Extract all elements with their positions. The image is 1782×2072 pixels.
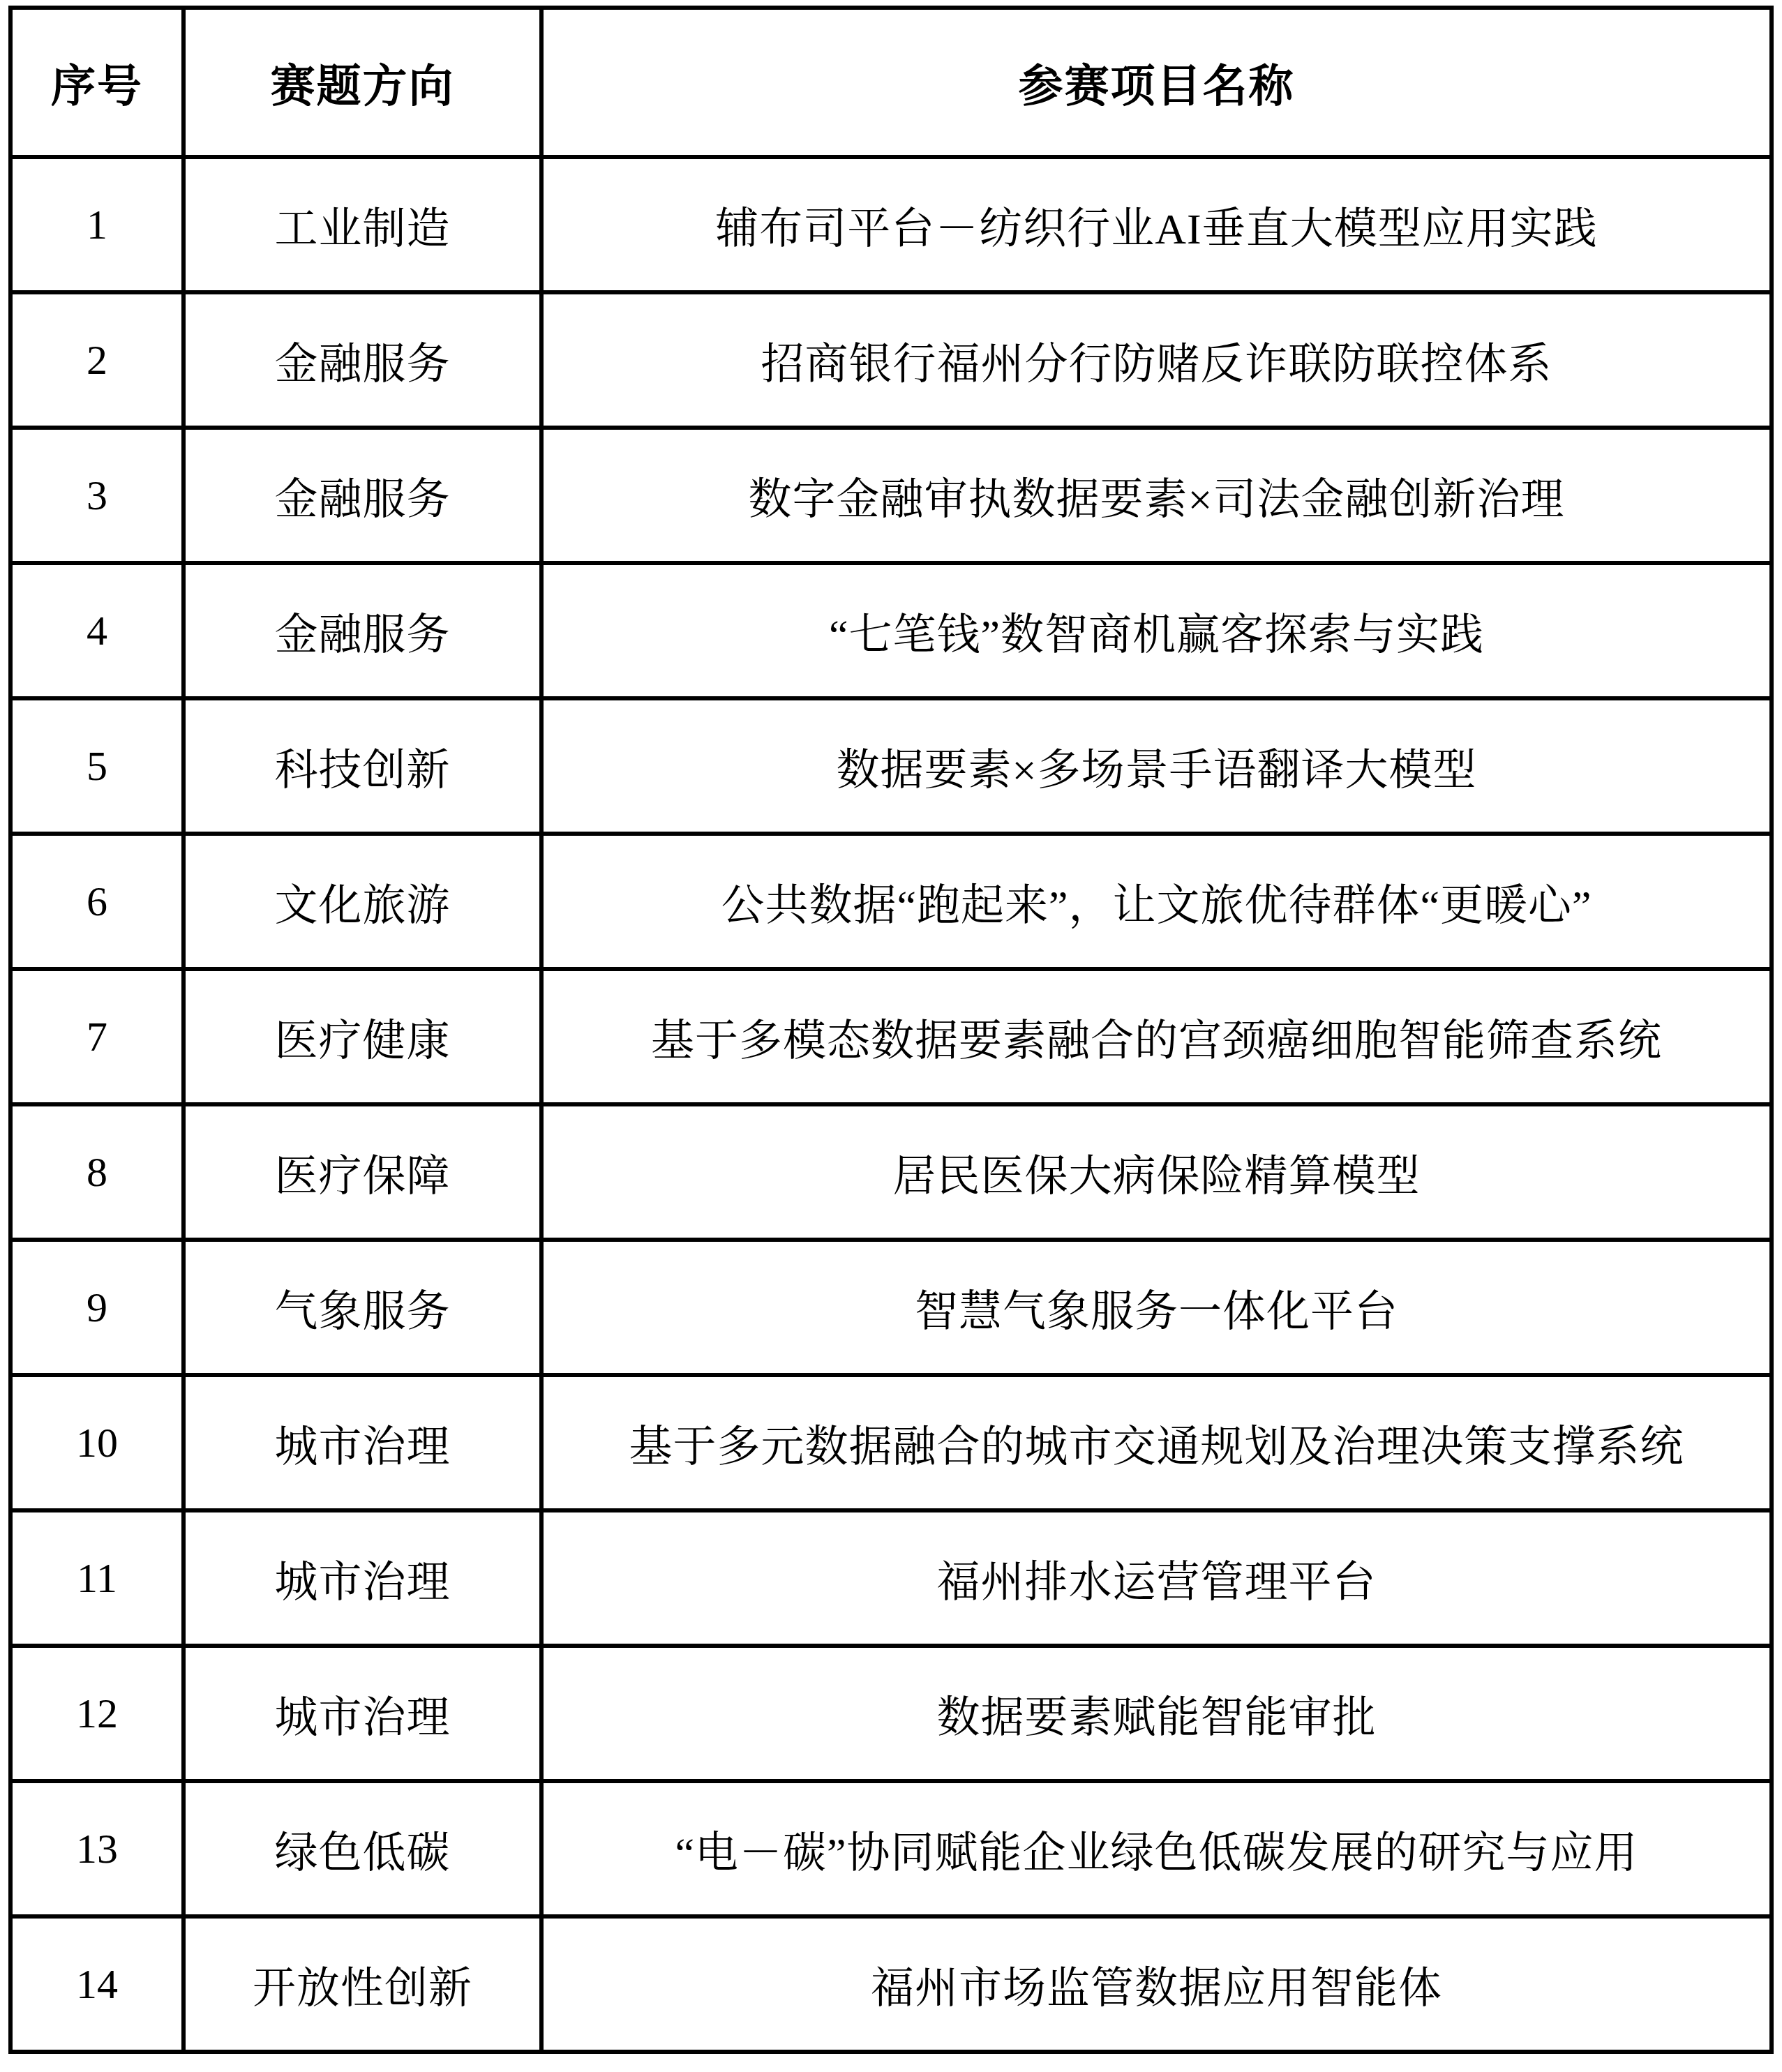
col-header-serial-number: 序号	[10, 8, 184, 157]
col-header-project-name: 参赛项目名称	[541, 8, 1772, 157]
cell-project-name: 基于多元数据融合的城市交通规划及治理决策支撑系统	[541, 1375, 1772, 1510]
cell-serial-number: 12	[10, 1646, 184, 1781]
table-row: 9气象服务智慧气象服务一体化平台	[10, 1240, 1772, 1375]
table-row: 3金融服务数字金融审执数据要素×司法金融创新治理	[10, 428, 1772, 563]
cell-project-name: 福州排水运营管理平台	[541, 1510, 1772, 1646]
cell-topic-direction: 金融服务	[184, 292, 541, 428]
cell-project-name: “电－碳”协同赋能企业绿色低碳发展的研究与应用	[541, 1781, 1772, 1916]
cell-serial-number: 6	[10, 834, 184, 969]
table-row: 1工业制造辅布司平台－纺织行业AI垂直大模型应用实践	[10, 157, 1772, 292]
col-header-topic-direction: 赛题方向	[184, 8, 541, 157]
projects-table: 序号 赛题方向 参赛项目名称 1工业制造辅布司平台－纺织行业AI垂直大模型应用实…	[8, 6, 1774, 2054]
cell-topic-direction: 城市治理	[184, 1646, 541, 1781]
table-row: 11城市治理福州排水运营管理平台	[10, 1510, 1772, 1646]
cell-serial-number: 5	[10, 698, 184, 834]
cell-serial-number: 8	[10, 1104, 184, 1240]
cell-project-name: 居民医保大病保险精算模型	[541, 1104, 1772, 1240]
cell-topic-direction: 城市治理	[184, 1375, 541, 1510]
cell-serial-number: 7	[10, 969, 184, 1104]
table-row: 8医疗保障居民医保大病保险精算模型	[10, 1104, 1772, 1240]
table-row: 2金融服务招商银行福州分行防赌反诈联防联控体系	[10, 292, 1772, 428]
cell-project-name: “七笔钱”数智商机赢客探索与实践	[541, 563, 1772, 698]
cell-topic-direction: 文化旅游	[184, 834, 541, 969]
cell-topic-direction: 金融服务	[184, 428, 541, 563]
cell-serial-number: 1	[10, 157, 184, 292]
cell-serial-number: 2	[10, 292, 184, 428]
cell-serial-number: 13	[10, 1781, 184, 1916]
cell-topic-direction: 金融服务	[184, 563, 541, 698]
cell-topic-direction: 绿色低碳	[184, 1781, 541, 1916]
table-row: 5科技创新数据要素×多场景手语翻译大模型	[10, 698, 1772, 834]
cell-topic-direction: 医疗健康	[184, 969, 541, 1104]
cell-serial-number: 4	[10, 563, 184, 698]
cell-topic-direction: 科技创新	[184, 698, 541, 834]
cell-topic-direction: 医疗保障	[184, 1104, 541, 1240]
cell-serial-number: 9	[10, 1240, 184, 1375]
cell-topic-direction: 开放性创新	[184, 1916, 541, 2052]
cell-serial-number: 10	[10, 1375, 184, 1510]
cell-project-name: 辅布司平台－纺织行业AI垂直大模型应用实践	[541, 157, 1772, 292]
header-row: 序号 赛题方向 参赛项目名称	[10, 8, 1772, 157]
table-row: 13绿色低碳“电－碳”协同赋能企业绿色低碳发展的研究与应用	[10, 1781, 1772, 1916]
cell-project-name: 公共数据“跑起来”，让文旅优待群体“更暖心”	[541, 834, 1772, 969]
table-row: 10城市治理基于多元数据融合的城市交通规划及治理决策支撑系统	[10, 1375, 1772, 1510]
cell-serial-number: 11	[10, 1510, 184, 1646]
cell-project-name: 智慧气象服务一体化平台	[541, 1240, 1772, 1375]
cell-serial-number: 3	[10, 428, 184, 563]
cell-project-name: 基于多模态数据要素融合的宫颈癌细胞智能筛查系统	[541, 969, 1772, 1104]
cell-topic-direction: 气象服务	[184, 1240, 541, 1375]
table-row: 12城市治理数据要素赋能智能审批	[10, 1646, 1772, 1781]
cell-topic-direction: 城市治理	[184, 1510, 541, 1646]
cell-project-name: 数字金融审执数据要素×司法金融创新治理	[541, 428, 1772, 563]
table-row: 7医疗健康基于多模态数据要素融合的宫颈癌细胞智能筛查系统	[10, 969, 1772, 1104]
table-body: 1工业制造辅布司平台－纺织行业AI垂直大模型应用实践2金融服务招商银行福州分行防…	[10, 157, 1772, 2052]
cell-project-name: 数据要素×多场景手语翻译大模型	[541, 698, 1772, 834]
table-row: 4金融服务“七笔钱”数智商机赢客探索与实践	[10, 563, 1772, 698]
table-row: 14开放性创新福州市场监管数据应用智能体	[10, 1916, 1772, 2052]
cell-serial-number: 14	[10, 1916, 184, 2052]
cell-project-name: 招商银行福州分行防赌反诈联防联控体系	[541, 292, 1772, 428]
table-row: 6文化旅游公共数据“跑起来”，让文旅优待群体“更暖心”	[10, 834, 1772, 969]
cell-topic-direction: 工业制造	[184, 157, 541, 292]
cell-project-name: 数据要素赋能智能审批	[541, 1646, 1772, 1781]
cell-project-name: 福州市场监管数据应用智能体	[541, 1916, 1772, 2052]
